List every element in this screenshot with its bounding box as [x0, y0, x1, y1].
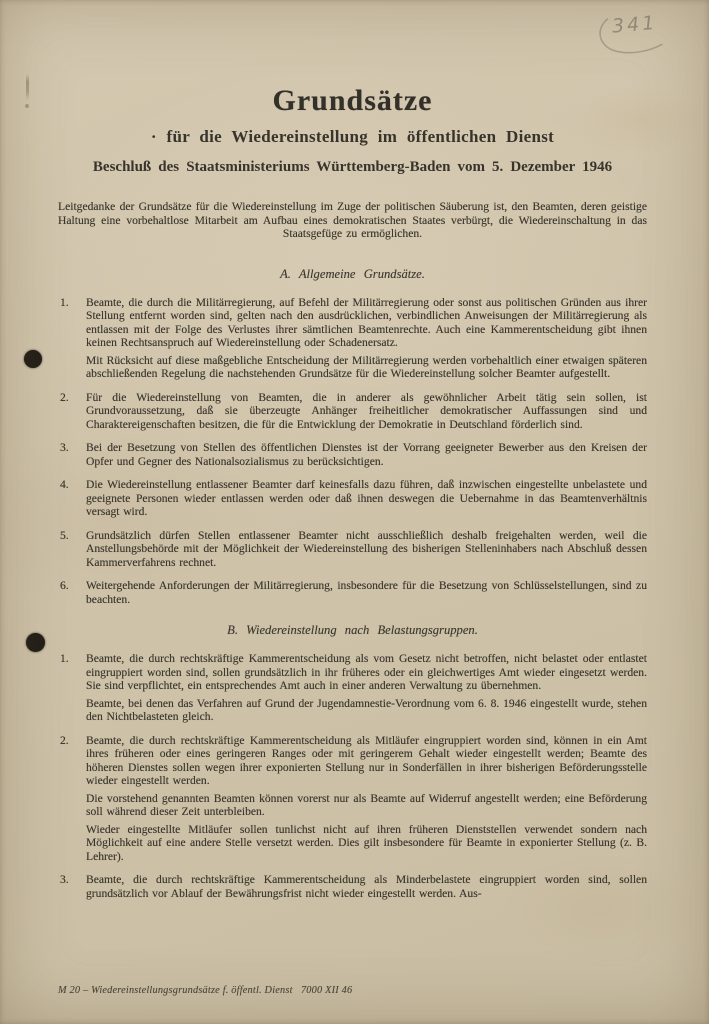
- hole-punch-top: [24, 350, 42, 368]
- item-body: Bei der Besetzung von Stellen des öffent…: [86, 441, 647, 468]
- document-subtitle: · für die Wiedereinstellung im öffentlic…: [58, 126, 647, 147]
- item-number: 1.: [58, 296, 86, 381]
- list-item-a5: 5. Grundsätzlich dürfen Stellen entlasse…: [58, 529, 647, 570]
- intro-paragraph: Leitgedanke der Grundsätze für die Wiede…: [58, 200, 647, 241]
- decree-line: Beschluß des Staatsministeriums Württemb…: [58, 158, 647, 177]
- list-item-a1: 1. Beamte, die durch die Militärregierun…: [58, 296, 647, 381]
- item-paragraph: Beamte, die durch rechtskräftige Kammere…: [86, 734, 647, 788]
- item-paragraph: Grundsätzlich dürfen Stellen entlassener…: [86, 529, 647, 570]
- list-item-b3: 3. Beamte, die durch rechtskräftige Kamm…: [58, 873, 647, 900]
- item-paragraph: Beamte, die durch rechtskräftige Kammere…: [86, 873, 647, 900]
- document-title: Grundsätze: [58, 84, 647, 118]
- item-number: 3.: [58, 441, 86, 468]
- item-paragraph: Die vorstehend genannten Beamten können …: [86, 792, 647, 819]
- item-number: 1.: [58, 652, 86, 724]
- document-content: Grundsätze · für die Wiedereinstellung i…: [58, 0, 647, 910]
- item-paragraph: Beamte, die durch die Militärregierung, …: [86, 296, 647, 350]
- hole-punch-bottom: [26, 633, 45, 652]
- item-paragraph: Beamte, bei denen das Verfahren auf Grun…: [86, 697, 647, 724]
- list-item-a3: 3. Bei der Besetzung von Stellen des öff…: [58, 441, 647, 468]
- item-body: Beamte, die durch die Militärregierung, …: [86, 296, 647, 381]
- list-item-b1: 1. Beamte, die durch rechtskräftige Kamm…: [58, 652, 647, 724]
- item-body: Die Wiedereinstellung entlassener Beamte…: [86, 478, 647, 519]
- section-a-heading: A. Allgemeine Grundsätze.: [58, 267, 647, 282]
- item-number: 6.: [58, 579, 86, 606]
- item-number: 3.: [58, 873, 86, 900]
- item-paragraph: Wieder eingestellte Mitläufer sollen tun…: [86, 823, 647, 864]
- item-body: Beamte, die durch rechtskräftige Kammere…: [86, 873, 647, 900]
- list-item-a6: 6. Weitergehende Anforderungen der Milit…: [58, 579, 647, 606]
- staple-mark: [26, 74, 29, 100]
- list-item-a4: 4. Die Wiedereinstellung entlassener Bea…: [58, 478, 647, 519]
- item-paragraph: Die Wiedereinstellung entlassener Beamte…: [86, 478, 647, 519]
- list-item-a2: 2. Für die Wiedereinstellung von Beamten…: [58, 391, 647, 432]
- item-number: 2.: [58, 391, 86, 432]
- print-footer: M 20 – Wiedereinstellungsgrundsätze f. ö…: [58, 985, 352, 996]
- item-body: Für die Wiedereinstellung von Beamten, d…: [86, 391, 647, 432]
- item-body: Beamte, die durch rechtskräftige Kammere…: [86, 734, 647, 864]
- item-number: 5.: [58, 529, 86, 570]
- item-body: Weitergehende Anforderungen der Militärr…: [86, 579, 647, 606]
- item-body: Grundsätzlich dürfen Stellen entlassener…: [86, 529, 647, 570]
- item-number: 2.: [58, 734, 86, 864]
- item-paragraph: Mit Rücksicht auf diese maßgebliche Ents…: [86, 354, 647, 381]
- document-page: 341 Grundsätze · für die Wiedereinstellu…: [0, 0, 709, 1024]
- item-paragraph: Beamte, die durch rechtskräftige Kammere…: [86, 652, 647, 693]
- item-paragraph: Bei der Besetzung von Stellen des öffent…: [86, 441, 647, 468]
- item-body: Beamte, die durch rechtskräftige Kammere…: [86, 652, 647, 724]
- item-paragraph: Für die Wiedereinstellung von Beamten, d…: [86, 391, 647, 432]
- item-paragraph: Weitergehende Anforderungen der Militärr…: [86, 579, 647, 606]
- list-item-b2: 2. Beamte, die durch rechtskräftige Kamm…: [58, 734, 647, 864]
- item-number: 4.: [58, 478, 86, 519]
- section-b-heading: B. Wiedereinstellung nach Belastungsgrup…: [58, 623, 647, 638]
